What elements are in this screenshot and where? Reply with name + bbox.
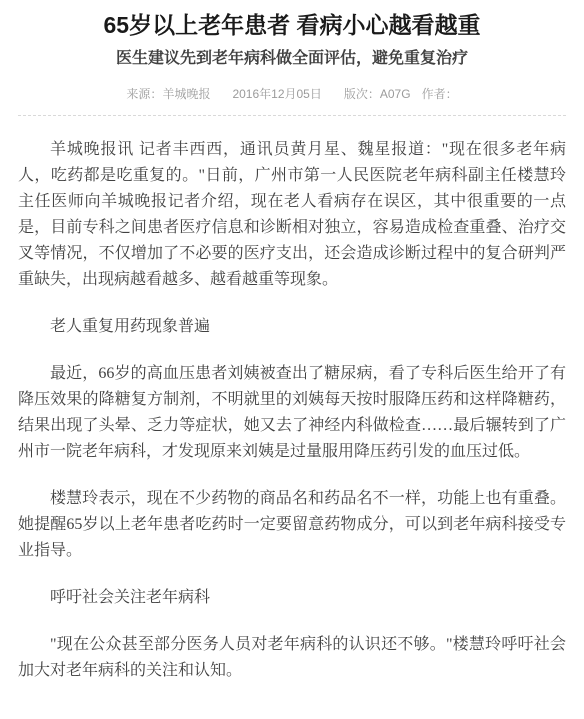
meta-edition: 版次：A07G bbox=[344, 87, 411, 101]
article-paragraph: 楼慧玲表示，现在不少药物的商品名和药品名不一样，功能上也有重叠。她提醒65岁以上… bbox=[18, 486, 566, 564]
article-body: 羊城晚报讯 记者丰西西，通讯员黄月星、魏星报道："现在很多老年病人，吃药都是吃重… bbox=[18, 137, 566, 684]
article-subtitle: 医生建议先到老年病科做全面评估，避免重复治疗 bbox=[18, 48, 566, 70]
meta-author-label: 作者： bbox=[422, 87, 458, 101]
meta-edition-value: A07G bbox=[380, 87, 411, 101]
section-heading: 呼吁社会关注老年病科 bbox=[18, 585, 566, 611]
article-paragraph: "现在公众甚至部分医务人员对老年病科的认识还不够。"楼慧玲呼吁社会加大对老年病科… bbox=[18, 632, 566, 684]
article-paragraph: 羊城晚报讯 记者丰西西，通讯员黄月星、魏星报道："现在很多老年病人，吃药都是吃重… bbox=[18, 137, 566, 293]
article-title: 65岁以上老年患者 看病小心越看越重 bbox=[18, 10, 566, 40]
meta-source-label: 来源： bbox=[126, 87, 162, 101]
article-meta-row: 来源：羊城晚报2016年12月05日版次：A07G作者： bbox=[18, 86, 566, 102]
article-page: 65岁以上老年患者 看病小心越看越重 医生建议先到老年病科做全面评估，避免重复治… bbox=[0, 0, 584, 719]
meta-source-value: 羊城晚报 bbox=[162, 87, 210, 101]
dashed-divider bbox=[18, 115, 566, 116]
meta-source: 来源：羊城晚报 bbox=[126, 87, 210, 101]
meta-edition-label: 版次： bbox=[344, 87, 380, 101]
meta-date: 2016年12月05日 bbox=[232, 87, 321, 101]
section-heading: 老人重复用药现象普遍 bbox=[18, 314, 566, 340]
article-paragraph: 最近，66岁的高血压患者刘姨被查出了糖尿病，看了专科后医生给开了有降压效果的降糖… bbox=[18, 361, 566, 465]
meta-author: 作者： bbox=[422, 87, 458, 101]
